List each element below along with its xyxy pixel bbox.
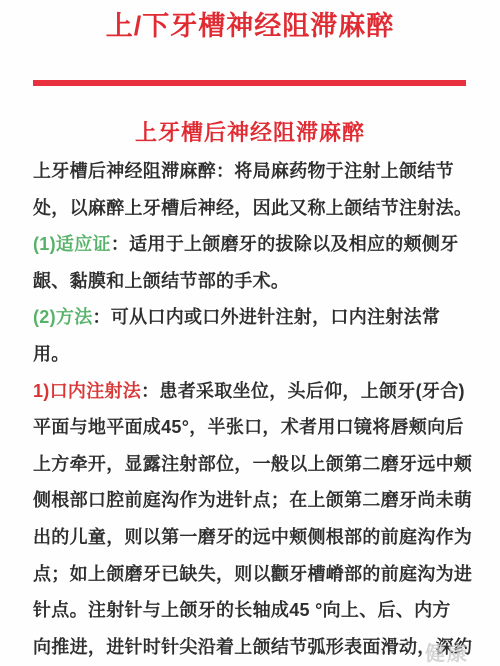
document-page: 上/下牙槽神经阻滞麻醉 上牙槽后神经阻滞麻醉 上牙槽后神经阻滞麻醉：将局麻药物于… [0,0,500,666]
body-line: 出的儿童，则以第一磨牙的远中颊侧根部的前庭沟作为 [33,519,475,556]
body-line: 处，以麻醉上牙槽后神经，因此又称上颌结节注射法。 [33,190,475,227]
page-title: 上/下牙槽神经阻滞麻醉 [0,4,500,43]
body-line: (1)适应证：适用于上颌磨牙的拔除以及相应的颊侧牙 [33,226,475,263]
line-heading: 1)口内注射法 [33,381,141,401]
body-line: 上牙槽后神经阻滞麻醉：将局麻药物于注射上颌结节 [33,153,475,190]
body-line: 平面与地平面成45°，半张口，术者用口镜将唇颊向后 [33,409,475,446]
body-line: 针点。注射针与上颌牙的长轴成45 °向上、后、内方 [33,592,475,629]
body-line: 龈、黏膜和上颌结节部的手术。 [33,263,475,300]
body-line: 上方牵开，显露注射部位，一般以上颌第二磨牙远中颊 [33,446,475,483]
body-line: 向推进，进针时针尖沿着上颌结节弧形表面滑动，深约 [33,629,475,666]
line-heading: (1)适应证 [33,234,111,254]
section-title: 上牙槽后神经阻滞麻醉 [0,116,500,147]
body-line: (2)方法：可从口内或口外进针注射，口内注射法常 [33,299,475,336]
body-line: 点；如上颌磨牙已缺失，则以颧牙槽嵴部的前庭沟为进 [33,556,475,593]
line-heading: (2)方法 [33,307,93,327]
body-line: 侧根部口腔前庭沟作为进针点；在上颌第二磨牙尚未萌 [33,482,475,519]
body-line: 1)口内注射法：患者采取坐位，头后仰，上颌牙(牙合) [33,373,475,410]
red-divider [33,80,466,86]
body-line: 用。 [33,336,475,373]
body-text: 上牙槽后神经阻滞麻醉：将局麻药物于注射上颌结节处，以麻醉上牙槽后神经，因此又称上… [33,153,475,665]
